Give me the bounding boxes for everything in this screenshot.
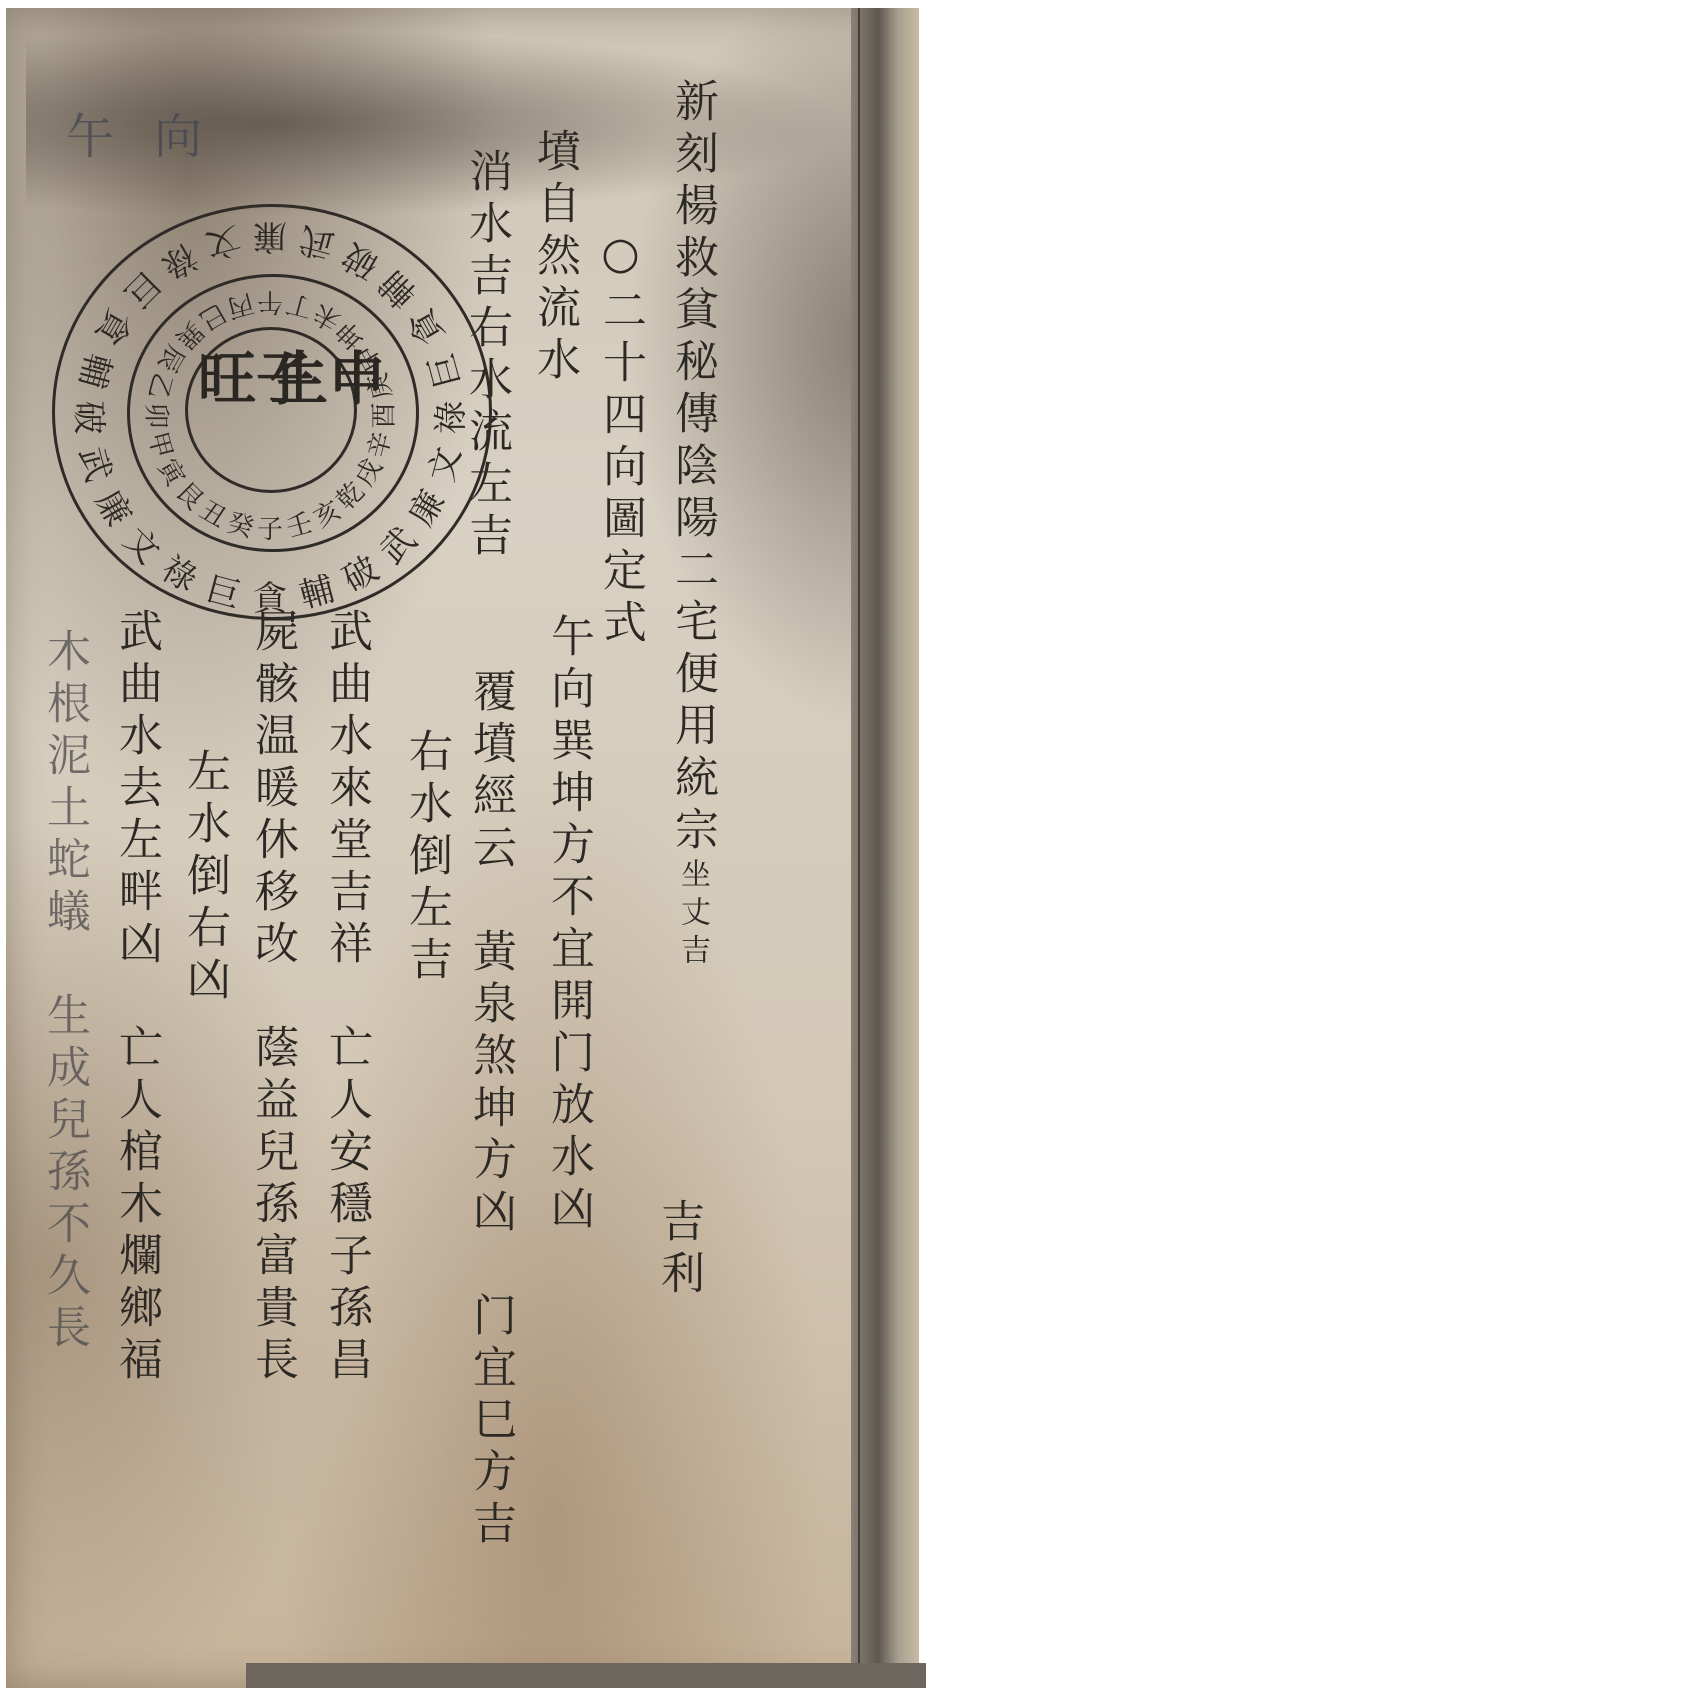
title-text: 新刻楊救貧秘傳陰陽二宅便用統宗 <box>667 78 718 858</box>
faded-header: 午向 <box>66 98 242 167</box>
title-column: 新刻楊救貧秘傳陰陽二宅便用統宗坐丈吉 <box>670 78 714 972</box>
title-annotation: 坐丈吉 <box>675 858 710 972</box>
text-column-5: 屍骸温暖休移改 蔭益兒孫富貴長 <box>250 608 294 1388</box>
manuscript-page: 午向 新刻楊救貧秘傳陰陽二宅便用統宗坐丈吉 ○二十四向圖定式 墳自然流水 消水吉… <box>6 8 918 1688</box>
side-note: 吉利 <box>656 1198 700 1302</box>
outer-ring-char: 廉 <box>253 215 287 264</box>
text-column-upper-1: 墳自然流水 <box>532 128 576 388</box>
inner-ring-char: 午 <box>257 285 283 322</box>
inner-ring-char: 酉 <box>364 402 401 428</box>
text-column-3: 右水倒左吉 <box>404 728 448 988</box>
compass-diagram: 生申 旺子 子癸丑艮寅甲卯乙辰巽巳丙午丁未坤申庚酉辛戌乾亥壬貪巨祿文廉武破輔貪巨… <box>52 204 492 624</box>
outer-ring-char: 祿 <box>424 401 473 435</box>
section-heading: ○二十四向圖定式 <box>598 228 642 651</box>
text-column-2: 覆墳經云 黃泉煞坤方凶 门宜巳方吉 <box>468 668 512 1552</box>
page-bottom-edge <box>246 1663 926 1688</box>
binding-spine <box>851 8 919 1688</box>
text-column-4: 武曲水來堂吉祥 亡人安穩子孫昌 <box>324 608 368 1388</box>
inner-ring-char: 子 <box>257 509 283 546</box>
text-column-1: 午向巽坤方不宜開门放水凶 <box>546 613 590 1237</box>
binding-thread <box>858 8 860 1688</box>
outer-ring-char: 破 <box>68 401 117 435</box>
text-column-6: 左水倒右凶 <box>182 748 226 1008</box>
inner-ring-char: 卯 <box>140 402 177 428</box>
text-column-8: 木根泥土蛇蟻 生成兒孫不久長 <box>42 628 86 1356</box>
text-column-7: 武曲水去左畔凶 亡人棺木爛鄉福 <box>114 608 158 1388</box>
center-char-wang: 旺子 <box>198 332 314 416</box>
